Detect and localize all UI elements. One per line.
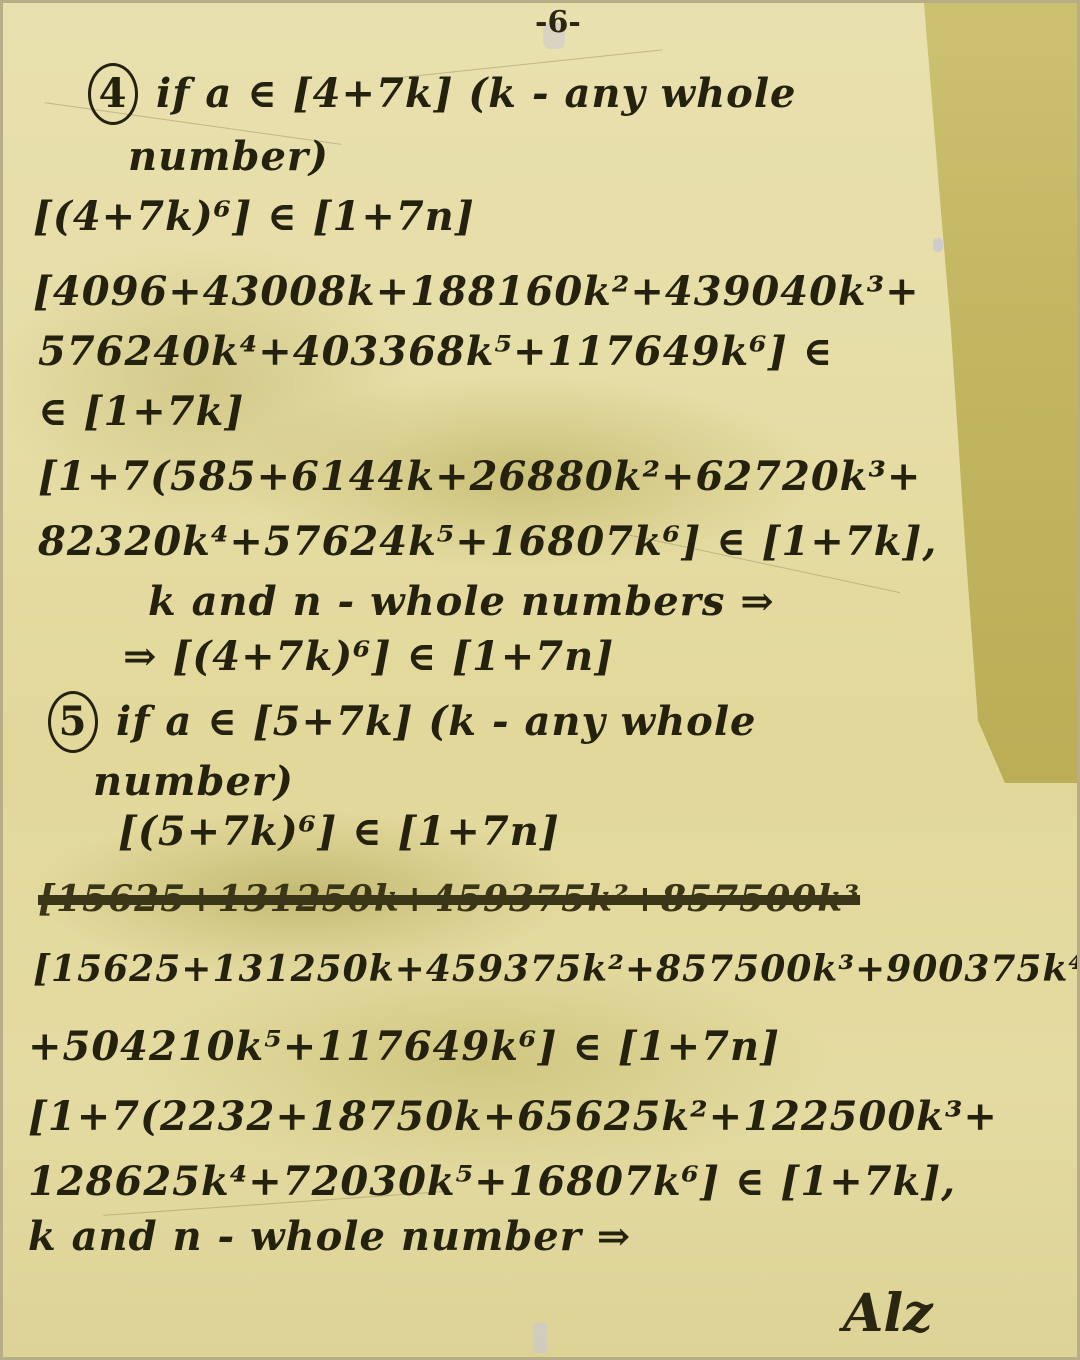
section4-line: number): [128, 133, 329, 180]
section5-heading: 5if a ∈ [5+7k] (k - any whole: [48, 691, 756, 753]
paint-chip: [933, 238, 943, 252]
section5-conclusion: k and n - whole number ⇒: [28, 1213, 631, 1260]
section5-line: +504210k⁵+117649k⁶] ∈ [1+7n]: [28, 1023, 780, 1070]
section4-line: 576240k⁴+403368k⁵+117649k⁶] ∈: [38, 328, 833, 375]
section5-line: 128625k⁴+72030k⁵+16807k⁶] ∈ [1+7k],: [28, 1158, 956, 1205]
section4-line: [4096+43008k+188160k²+439040k³+: [33, 268, 920, 315]
artist-signature: Alz: [843, 1283, 933, 1344]
section5-line: [(5+7k)⁶] ∈ [1+7n]: [118, 808, 560, 855]
section5-circled-number: 5: [48, 691, 98, 753]
painting-canvas: -6- 4if a ∈ [4+7k] (k - any whole number…: [0, 0, 1080, 1360]
paint-chip: [533, 1323, 547, 1353]
section4-line: 82320k⁴+57624k⁵+16807k⁶] ∈ [1+7k],: [38, 518, 937, 565]
section4-line: if a ∈ [4+7k] (k - any whole: [156, 70, 796, 117]
section4-circled-number: 4: [88, 63, 138, 125]
section5-line: [15625+131250k+459375k²+857500k³+900375k…: [33, 948, 1080, 990]
section4-heading: 4if a ∈ [4+7k] (k - any whole: [88, 63, 796, 125]
section5-line: number): [93, 758, 294, 805]
section4-line: k and n - whole numbers ⇒: [148, 578, 775, 625]
section5-struck-line: [15625+131250k+459375k²+857500k³: [38, 878, 860, 920]
section4-conclusion: ⇒ [(4+7k)⁶] ∈ [1+7n]: [123, 633, 614, 680]
olive-paint-band: [897, 3, 1077, 783]
section4-line: [(4+7k)⁶] ∈ [1+7n]: [33, 193, 475, 240]
section4-line: ∈ [1+7k]: [38, 388, 244, 435]
section4-line: [1+7(585+6144k+26880k²+62720k³+: [38, 453, 921, 500]
page-number: -6-: [535, 5, 581, 40]
section5-line: if a ∈ [5+7k] (k - any whole: [116, 698, 756, 745]
section5-line: [1+7(2232+18750k+65625k²+122500k³+: [28, 1093, 998, 1140]
